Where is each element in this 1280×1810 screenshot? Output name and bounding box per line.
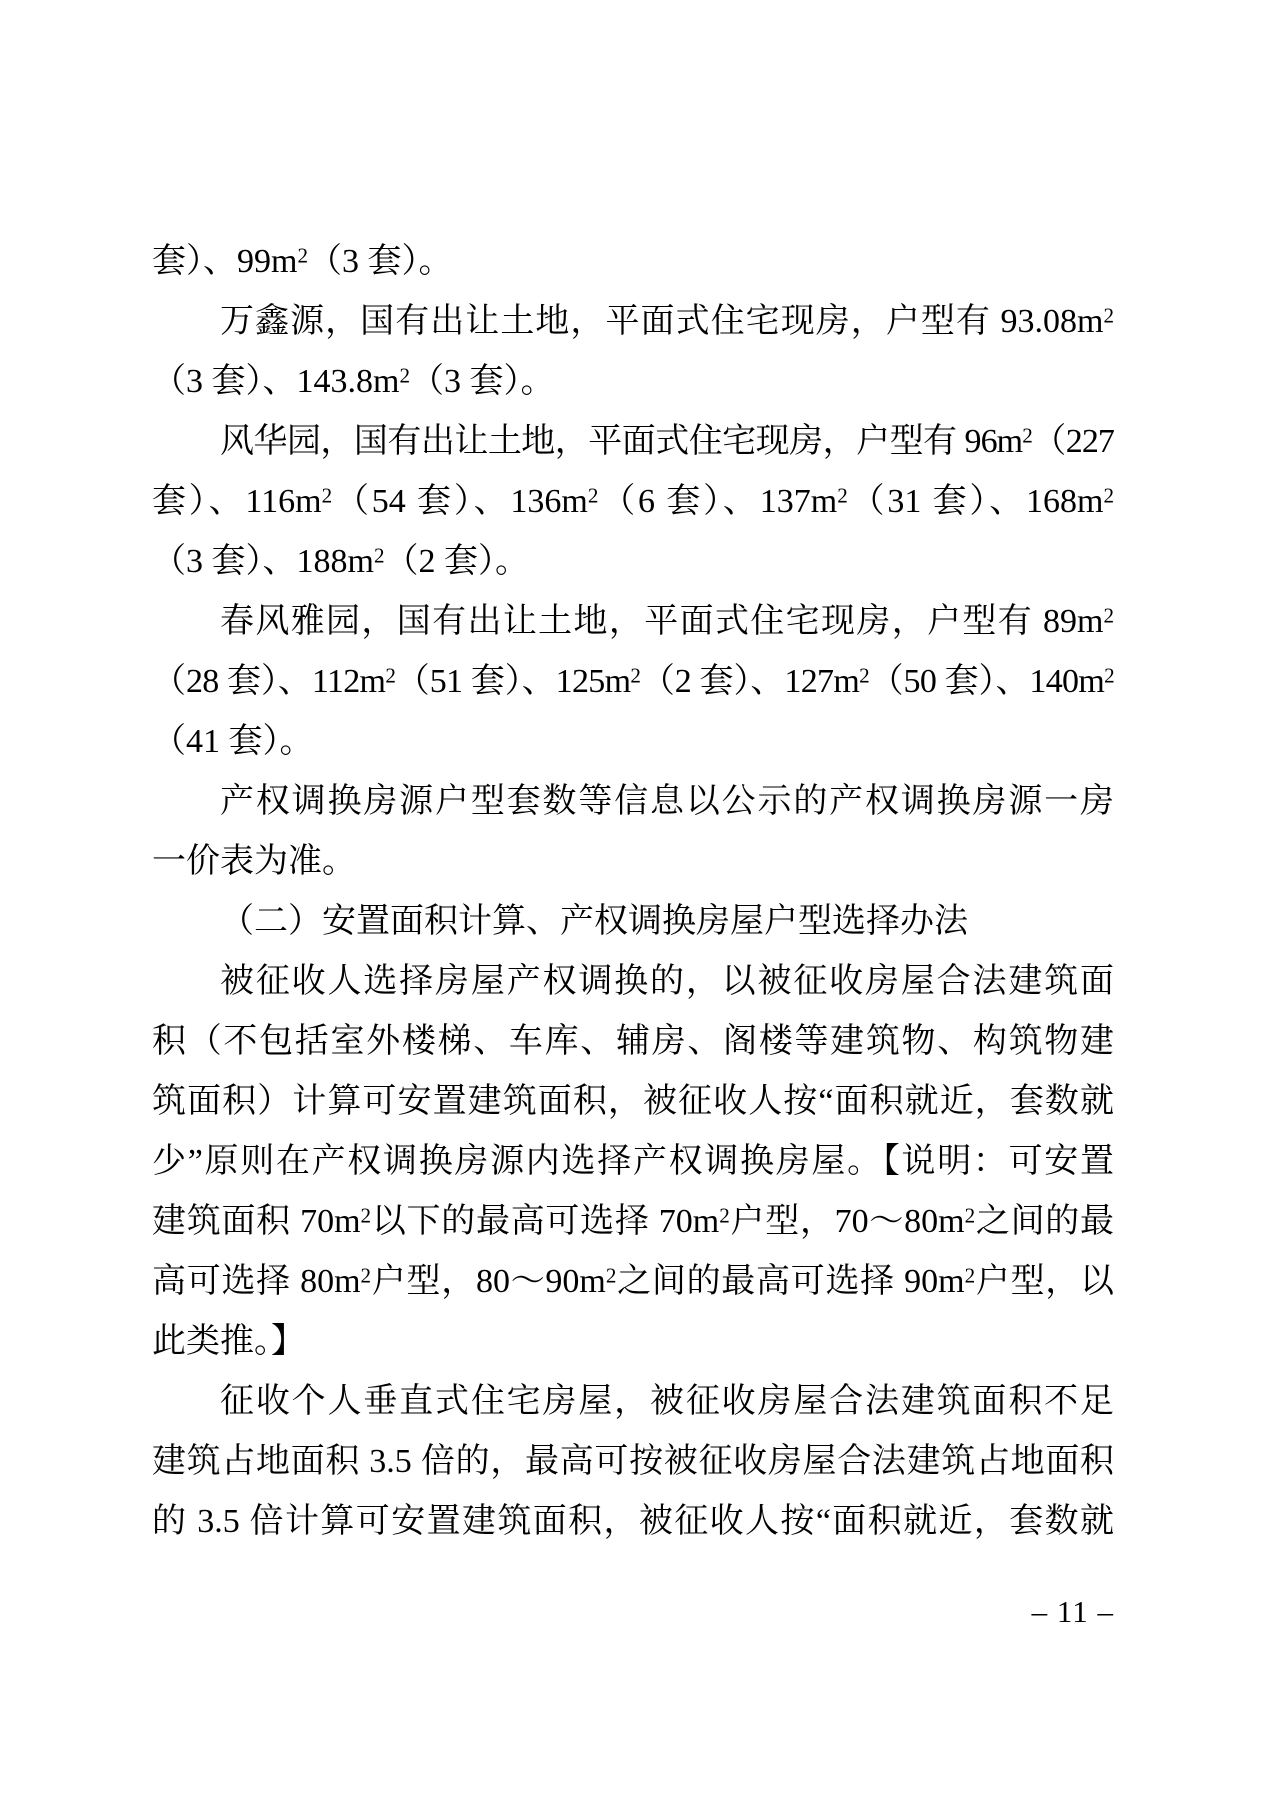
text-line: 高可选择 80m2户型，80～90m2之间的最高可选择 90m2户型，以: [152, 1252, 1114, 1312]
text-line: 产权调换房源户型套数等信息以公示的产权调换房源一房: [152, 772, 1114, 832]
page-number: – 11 –: [152, 1582, 1118, 1642]
section-heading-line: （二）安置面积计算、产权调换房屋户型选择办法: [152, 892, 1114, 952]
text-line: 套）、99m2（3 套）。: [152, 232, 1114, 292]
text-line: 征收个人垂直式住宅房屋，被征收房屋合法建筑面积不足: [152, 1372, 1114, 1432]
para-price-table-notice: 产权调换房源户型套数等信息以公示的产权调换房源一房 一价表为准。: [152, 772, 1114, 892]
text-line: 此类推。】: [152, 1312, 1114, 1372]
text-line: （3 套）、143.8m2（3 套）。: [152, 352, 1114, 412]
text-line: 的 3.5 倍计算可安置建筑面积，被征收人按“面积就近，套数就: [152, 1492, 1114, 1552]
text-line: 一价表为准。: [152, 832, 1114, 892]
text-line: 套）、116m2（54 套）、136m2（6 套）、137m2（31 套）、16…: [152, 472, 1114, 532]
text-line: 积（不包括室外楼梯、车库、辅房、阁楼等建筑物、构筑物建: [152, 1012, 1114, 1072]
para-continuation: 套）、99m2（3 套）。: [152, 232, 1114, 292]
para-wanxinyuan: 万鑫源，国有出让土地，平面式住宅现房，户型有 93.08m2 （3 套）、143…: [152, 292, 1114, 412]
text-line: （3 套）、188m2（2 套）。: [152, 532, 1114, 592]
text-line: 筑面积）计算可安置建筑面积，被征收人按“面积就近，套数就: [152, 1072, 1114, 1132]
text-line: （41 套）。: [152, 712, 1114, 772]
text-line: 被征收人选择房屋产权调换的，以被征收房屋合法建筑面: [152, 952, 1114, 1012]
text-line: （28 套）、112m2（51 套）、125m2（2 套）、127m2（50 套…: [152, 652, 1114, 712]
text-line: 少”原则在产权调换房源内选择产权调换房屋。【说明：可安置: [152, 1132, 1114, 1192]
text-line: 建筑面积 70m2以下的最高可选择 70m2户型，70～80m2之间的最: [152, 1192, 1114, 1252]
text-line: 建筑占地面积 3.5 倍的，最高可按被征收房屋合法建筑占地面积: [152, 1432, 1114, 1492]
document-page: 套）、99m2（3 套）。 万鑫源，国有出让土地，平面式住宅现房，户型有 93.…: [0, 0, 1280, 1810]
text-line: 春风雅园，国有出让土地，平面式住宅现房，户型有 89m2: [152, 592, 1114, 652]
text-line: 风华园，国有出让土地，平面式住宅现房，户型有 96m2（227: [152, 412, 1114, 472]
page-content: 套）、99m2（3 套）。 万鑫源，国有出让土地，平面式住宅现房，户型有 93.…: [152, 232, 1114, 1552]
para-chunfengyayuan: 春风雅园，国有出让土地，平面式住宅现房，户型有 89m2 （28 套）、112m…: [152, 592, 1114, 772]
text-line: 万鑫源，国有出让土地，平面式住宅现房，户型有 93.08m2: [152, 292, 1114, 352]
heading-section-two: （二）安置面积计算、产权调换房屋户型选择办法: [152, 892, 1114, 952]
para-fenghuayuan: 风华园，国有出让土地，平面式住宅现房，户型有 96m2（227 套）、116m2…: [152, 412, 1114, 592]
para-area-calculation: 被征收人选择房屋产权调换的，以被征收房屋合法建筑面 积（不包括室外楼梯、车库、辅…: [152, 952, 1114, 1372]
para-vertical-housing: 征收个人垂直式住宅房屋，被征收房屋合法建筑面积不足 建筑占地面积 3.5 倍的，…: [152, 1372, 1114, 1552]
